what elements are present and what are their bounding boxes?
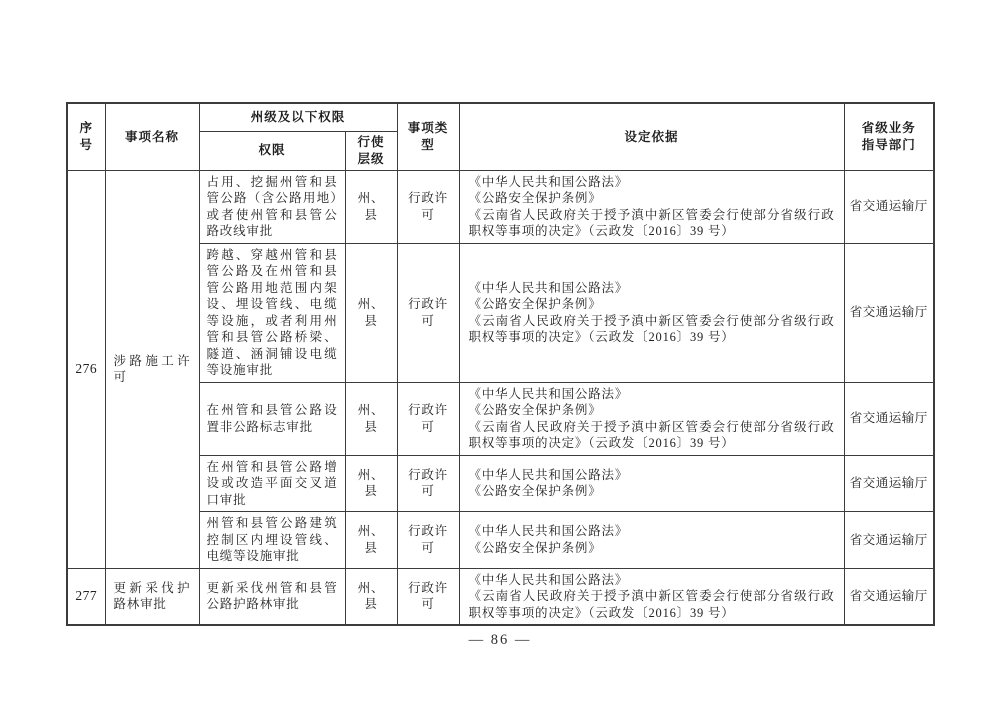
- cell-exercise-level: 州、县: [345, 243, 397, 382]
- cell-exercise-level: 州、县: [345, 568, 397, 625]
- cell-authority: 占用、挖掘州管和县管公路（含公路用地）或者使州管和县管公路改线审批: [199, 170, 345, 243]
- header-cell-provincial-dept: 省级业务指导部门: [844, 103, 934, 170]
- cell-item-name-277: 更新采伐护路林审批: [105, 568, 199, 625]
- header-cell-basis: 设定依据: [459, 103, 844, 170]
- cell-item-type: 行政许可: [397, 382, 459, 455]
- cell-basis: 《中华人民共和国公路法》 《公路安全保护条例》 《云南省人民政府关于授予滇中新区…: [459, 382, 844, 455]
- cell-serial-277: 277: [67, 568, 105, 625]
- cell-provincial-dept: 省交通运输厅: [844, 455, 934, 512]
- table-row: 276 涉路施工许可 占用、挖掘州管和县管公路（含公路用地）或者使州管和县管公路…: [67, 170, 934, 243]
- basis-line: 《中华人民共和国公路法》: [469, 280, 835, 297]
- basis-line: 《云南省人民政府关于授予滇中新区管委会行使部分省级行政职权等事项的决定》（云政发…: [469, 419, 835, 452]
- cell-item-name-276: 涉路施工许可: [105, 170, 199, 568]
- cell-authority: 更新采伐州管和县管公路护路林审批: [199, 568, 345, 625]
- cell-provincial-dept: 省交通运输厅: [844, 243, 934, 382]
- header-cell-authority: 权限: [199, 131, 345, 170]
- header-cell-item-name: 事项名称: [105, 103, 199, 170]
- cell-item-type: 行政许可: [397, 170, 459, 243]
- header-cell-item-type: 事项类型: [397, 103, 459, 170]
- header-cell-serial: 序号: [67, 103, 105, 170]
- basis-line: 《公路安全保护条例》: [469, 483, 835, 500]
- cell-serial-276: 276: [67, 170, 105, 568]
- basis-line: 《中华人民共和国公路法》: [469, 572, 835, 589]
- page-footer: — 86 —: [0, 632, 1000, 649]
- basis-line: 《云南省人民政府关于授予滇中新区管委会行使部分省级行政职权等事项的决定》（云政发…: [469, 313, 835, 346]
- cell-exercise-level: 州、县: [345, 170, 397, 243]
- cell-authority: 在州管和县管公路增设或改造平面交叉道口审批: [199, 455, 345, 512]
- basis-line: 《中华人民共和国公路法》: [469, 174, 835, 191]
- header-cell-exercise-level: 行使层级: [345, 131, 397, 170]
- cell-basis: 《中华人民共和国公路法》 《云南省人民政府关于授予滇中新区管委会行使部分省级行政…: [459, 568, 844, 625]
- cell-basis: 《中华人民共和国公路法》 《公路安全保护条例》: [459, 455, 844, 512]
- basis-line: 《公路安全保护条例》: [469, 190, 835, 207]
- cell-basis: 《中华人民共和国公路法》 《公路安全保护条例》 《云南省人民政府关于授予滇中新区…: [459, 170, 844, 243]
- basis-line: 《中华人民共和国公路法》: [469, 467, 835, 484]
- basis-line: 《云南省人民政府关于授予滇中新区管委会行使部分省级行政职权等事项的决定》（云政发…: [469, 207, 835, 240]
- cell-exercise-level: 州、县: [345, 455, 397, 512]
- basis-line: 《中华人民共和国公路法》: [469, 386, 835, 403]
- cell-basis: 《中华人民共和国公路法》 《公路安全保护条例》: [459, 512, 844, 569]
- header-cell-authority-group: 州级及以下权限: [199, 103, 397, 131]
- cell-basis: 《中华人民共和国公路法》 《公路安全保护条例》 《云南省人民政府关于授予滇中新区…: [459, 243, 844, 382]
- basis-line: 《中华人民共和国公路法》: [469, 523, 835, 540]
- cell-exercise-level: 州、县: [345, 512, 397, 569]
- cell-provincial-dept: 省交通运输厅: [844, 568, 934, 625]
- approval-items-table: 序号 事项名称 州级及以下权限 事项类型 设定依据 省级业务指导部门 权限 行使…: [66, 102, 935, 626]
- cell-provincial-dept: 省交通运输厅: [844, 382, 934, 455]
- cell-item-type: 行政许可: [397, 512, 459, 569]
- cell-provincial-dept: 省交通运输厅: [844, 512, 934, 569]
- document-page: 序号 事项名称 州级及以下权限 事项类型 设定依据 省级业务指导部门 权限 行使…: [0, 0, 1000, 707]
- cell-exercise-level: 州、县: [345, 382, 397, 455]
- cell-item-type: 行政许可: [397, 243, 459, 382]
- basis-line: 《公路安全保护条例》: [469, 402, 835, 419]
- basis-line: 《公路安全保护条例》: [469, 540, 835, 557]
- cell-item-type: 行政许可: [397, 568, 459, 625]
- cell-item-type: 行政许可: [397, 455, 459, 512]
- table-row: 277 更新采伐护路林审批 更新采伐州管和县管公路护路林审批 州、县 行政许可 …: [67, 568, 934, 625]
- cell-authority: 在州管和县管公路设置非公路标志审批: [199, 382, 345, 455]
- basis-line: 《公路安全保护条例》: [469, 296, 835, 313]
- cell-authority: 州管和县管公路建筑控制区内埋设管线、电缆等设施审批: [199, 512, 345, 569]
- table-header-row-top: 序号 事项名称 州级及以下权限 事项类型 设定依据 省级业务指导部门: [67, 103, 934, 131]
- basis-line: 《云南省人民政府关于授予滇中新区管委会行使部分省级行政职权等事项的决定》（云政发…: [469, 588, 835, 621]
- cell-provincial-dept: 省交通运输厅: [844, 170, 934, 243]
- cell-authority: 跨越、穿越州管和县管公路及在州管和县管公路用地范围内架设、埋设管线、电缆等设施，…: [199, 243, 345, 382]
